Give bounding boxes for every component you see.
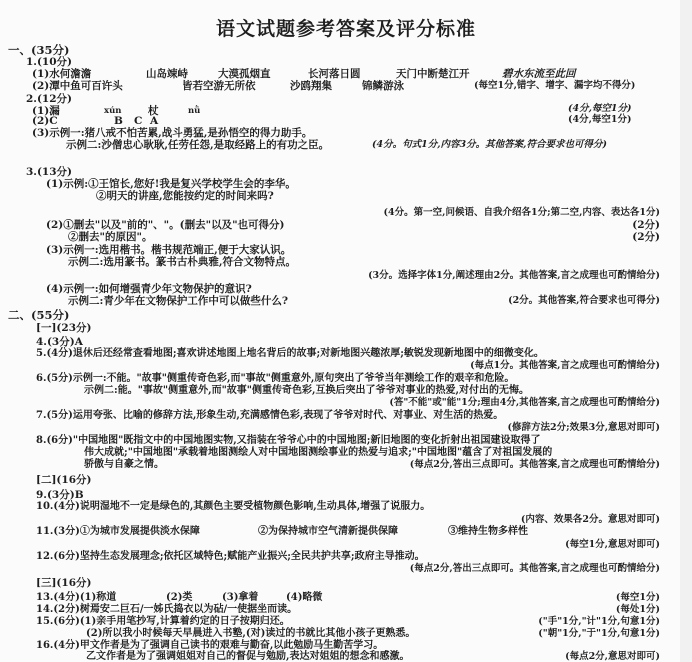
q3-a4: (4)示例一:如何增强青少年文物保护的意识? bbox=[46, 283, 252, 295]
q2-a3-note: (4分。句式1分,内容3分。其他答案,符合要求也可得分) bbox=[372, 139, 607, 151]
q3-a1-note: (4分。第一空,问候语、自我介绍各1分;第二空,内容、表达各1分) bbox=[384, 207, 660, 219]
q1-answer: 天门中断楚江开 bbox=[396, 68, 470, 80]
section1-heading: [一](23分) bbox=[36, 322, 91, 334]
q3-a2-line1: (2)①删去"以及"前的"、"。(删去"以及"也可得分) bbox=[46, 219, 285, 231]
q6-note: (答"不能"或"能"1分;理由4分,其他答案,言之成理也可酌情给分) bbox=[389, 397, 660, 409]
q2-a3-example2: 示例二:沙僧忠心耿耿,任劳任怨,是取经路上的有功之臣。 bbox=[66, 139, 329, 151]
q3-a4-note: (2分。其他答案,符合要求也可得分) bbox=[508, 295, 660, 307]
q3-a3-example2: 示例二:选用篆书。篆书古朴典雅,符合文物特点。 bbox=[68, 256, 296, 268]
q3-a4-example2: 示例二:青少年在文物保护工作中可以做些什么? bbox=[68, 295, 288, 307]
q2-a2: (2)C bbox=[32, 115, 58, 127]
q15-note1: ("手"1分,"计"1分,句意1分) bbox=[538, 616, 660, 628]
pinyin: nǜ bbox=[188, 105, 200, 117]
part1-heading: 一、(35分) bbox=[8, 44, 69, 56]
q15-line1: 15.(6分)(1)亲手用笔抄写,计算着约定的日子按期归还。 bbox=[36, 616, 290, 628]
q1-line1: (1)水何澹澹 bbox=[32, 68, 91, 80]
q5-note: (每点1分。其他答案,言之成理也可酌情给分) bbox=[470, 360, 660, 372]
q13-item: (4)略微 bbox=[286, 592, 322, 604]
q12-answer: 12.(6分)坚持生态发展理念;依托区域特色;赋能产业振兴;全民共护共享;政府主… bbox=[36, 551, 425, 563]
q13-item: (3)拿着 bbox=[222, 592, 258, 604]
part2-heading: 二、(55分) bbox=[8, 309, 69, 321]
q2-a3: (3)示例一:猪八戒不怕苦累,战斗勇猛,是孙悟空的得力助手。 bbox=[32, 127, 312, 139]
q15-line2: (2)所以我小时候每天早晨进入书塾,(对)读过的书就比其他小孩子更熟悉。 bbox=[86, 628, 415, 640]
q3-heading: 3.(13分) bbox=[26, 166, 72, 178]
q3-a2-note1: (2分) bbox=[632, 219, 660, 231]
q3-a2-note2: (2分) bbox=[632, 231, 660, 243]
q11-note: (每空1分,意思对即可) bbox=[565, 539, 660, 551]
q16-line2: 乙文作者是为了强调姐姐对自己的督促与勉励,表达对姐姐的想念和感激。 bbox=[86, 651, 409, 662]
page-edge bbox=[680, 0, 692, 662]
q3-a1: (1)示例:①王馆长,您好!我是复兴学校学生会的李华。 bbox=[46, 178, 296, 190]
q10-note: (内容、效果各2分。意思对即可) bbox=[521, 514, 660, 526]
q3-a1-line2: ②明天的讲座,您能按约定的时间来吗? bbox=[96, 190, 274, 202]
q11-item: ②为保持城市空气清新提供保障 bbox=[258, 526, 398, 538]
q7-note: (修辞方法2分;效果3分,意思对即可) bbox=[507, 422, 660, 434]
q7-answer: 7.(5分)运用夸张、比喻的修辞方法,形象生动,充满感情色彩,表现了爷爷对时代、… bbox=[36, 410, 503, 422]
q13-note: (每空1分) bbox=[616, 592, 660, 604]
q2-answer: C bbox=[134, 115, 142, 127]
answer-key-page: 语文试题参考答案及评分标准 一、(35分) 1.(10分) (1)水何澹澹 山岛… bbox=[0, 0, 692, 662]
q8-note: (每点2分,答出三点即可。其他答案,言之成理也可酌情给分) bbox=[410, 459, 660, 471]
q1-scoring-note: (每空1分,错字、增字、漏字均不得分) bbox=[474, 80, 635, 92]
q2-heading: 2.(12分) bbox=[26, 93, 72, 105]
q14-note: (每处1分) bbox=[616, 604, 660, 616]
q9-answer: 9.(3分)B bbox=[36, 489, 84, 501]
q3-a3: (3)示例一:选用楷书。楷书规范端正,便于大家认识。 bbox=[46, 244, 291, 256]
q1-heading: 1.(10分) bbox=[26, 56, 72, 68]
q6-example2: 示例二:能。"事故"侧重意外,而"故事"侧重传奇色彩,互换后突出了爷爷对事业的热… bbox=[84, 385, 529, 397]
q1-answer: 山岛竦峙 bbox=[146, 68, 188, 80]
q1-answer: 碧水东流至此回 bbox=[502, 68, 576, 80]
q16-note: (每点2分,意思对即可) bbox=[565, 651, 660, 662]
q1-answer: 大漠孤烟直 bbox=[218, 68, 271, 80]
q8-line2: 伟大成就;"中国地图"承载着地图测绘人对中国地图测绘事业的热爱与追求;"中国地图… bbox=[84, 447, 552, 459]
q1-answer: 皆若空游无所依 bbox=[182, 80, 256, 92]
q8-line3: 骄傲与自豪之情。 bbox=[84, 459, 164, 471]
q14-answer: 14.(2分)树焉安二巨石/一姊氏捣衣以为砧/一使据坐而读。 bbox=[36, 604, 297, 616]
q2-answer: A bbox=[150, 115, 158, 127]
q15-note2: ("朝"1分,"于"1分,句意1分) bbox=[538, 628, 660, 640]
q12-note: (每点2分,答出三点即可。其他答案,言之成理也可酌情给分) bbox=[410, 563, 660, 575]
q5-answer: 5.(4分)退休后还经常查看地图;喜欢讲述地图上地名背后的故事;对新地图兴趣浓厚… bbox=[36, 348, 544, 360]
q13-answer: 13.(4分)(1)称道 bbox=[36, 592, 116, 604]
section2-heading: [二](16分) bbox=[36, 474, 91, 486]
q1-answer: 锦鳞游泳 bbox=[362, 80, 404, 92]
q3-a2-line2: ②删去"的原因"。 bbox=[68, 231, 152, 243]
q6-example1: 6.(5分)示例一:不能。"故事"侧重传奇色彩,而"事故"侧重意外,原句突出了爷… bbox=[36, 373, 514, 385]
q2-answer: B bbox=[114, 115, 123, 127]
q1-line2: (2)潭中鱼可百许头 bbox=[32, 80, 123, 92]
section3-heading: [三](16分) bbox=[36, 577, 91, 589]
q11-item: ③维持生物多样性 bbox=[448, 526, 528, 538]
q1-answer: 长河落日圆 bbox=[308, 68, 361, 80]
page-title: 语文试题参考答案及评分标准 bbox=[0, 14, 692, 41]
q4-answer: 4.(3分)A bbox=[36, 336, 83, 348]
q10-answer: 10.(4分)说明湿地不一定是绿色的,其颜色主要受植物颜色影响,生动具体,增强了… bbox=[36, 501, 430, 513]
q11-answer: 11.(3分)①为城市发展提供淡水保障 bbox=[36, 526, 200, 538]
q13-item: (2)类 bbox=[166, 592, 192, 604]
q1-answer: 沙鸥翔集 bbox=[290, 80, 332, 92]
q2-a2-note: (4分,每空1分) bbox=[568, 114, 632, 126]
q8-line1: 8.(6分)"中国地图"既指文中的中国地图实物,又指装在爷爷心中的中国地图;新旧… bbox=[36, 435, 540, 447]
q3-a3-note: (3分。选择字体1分,阐述理由2分。其他答案,言之成理也可酌情给分) bbox=[368, 270, 660, 282]
